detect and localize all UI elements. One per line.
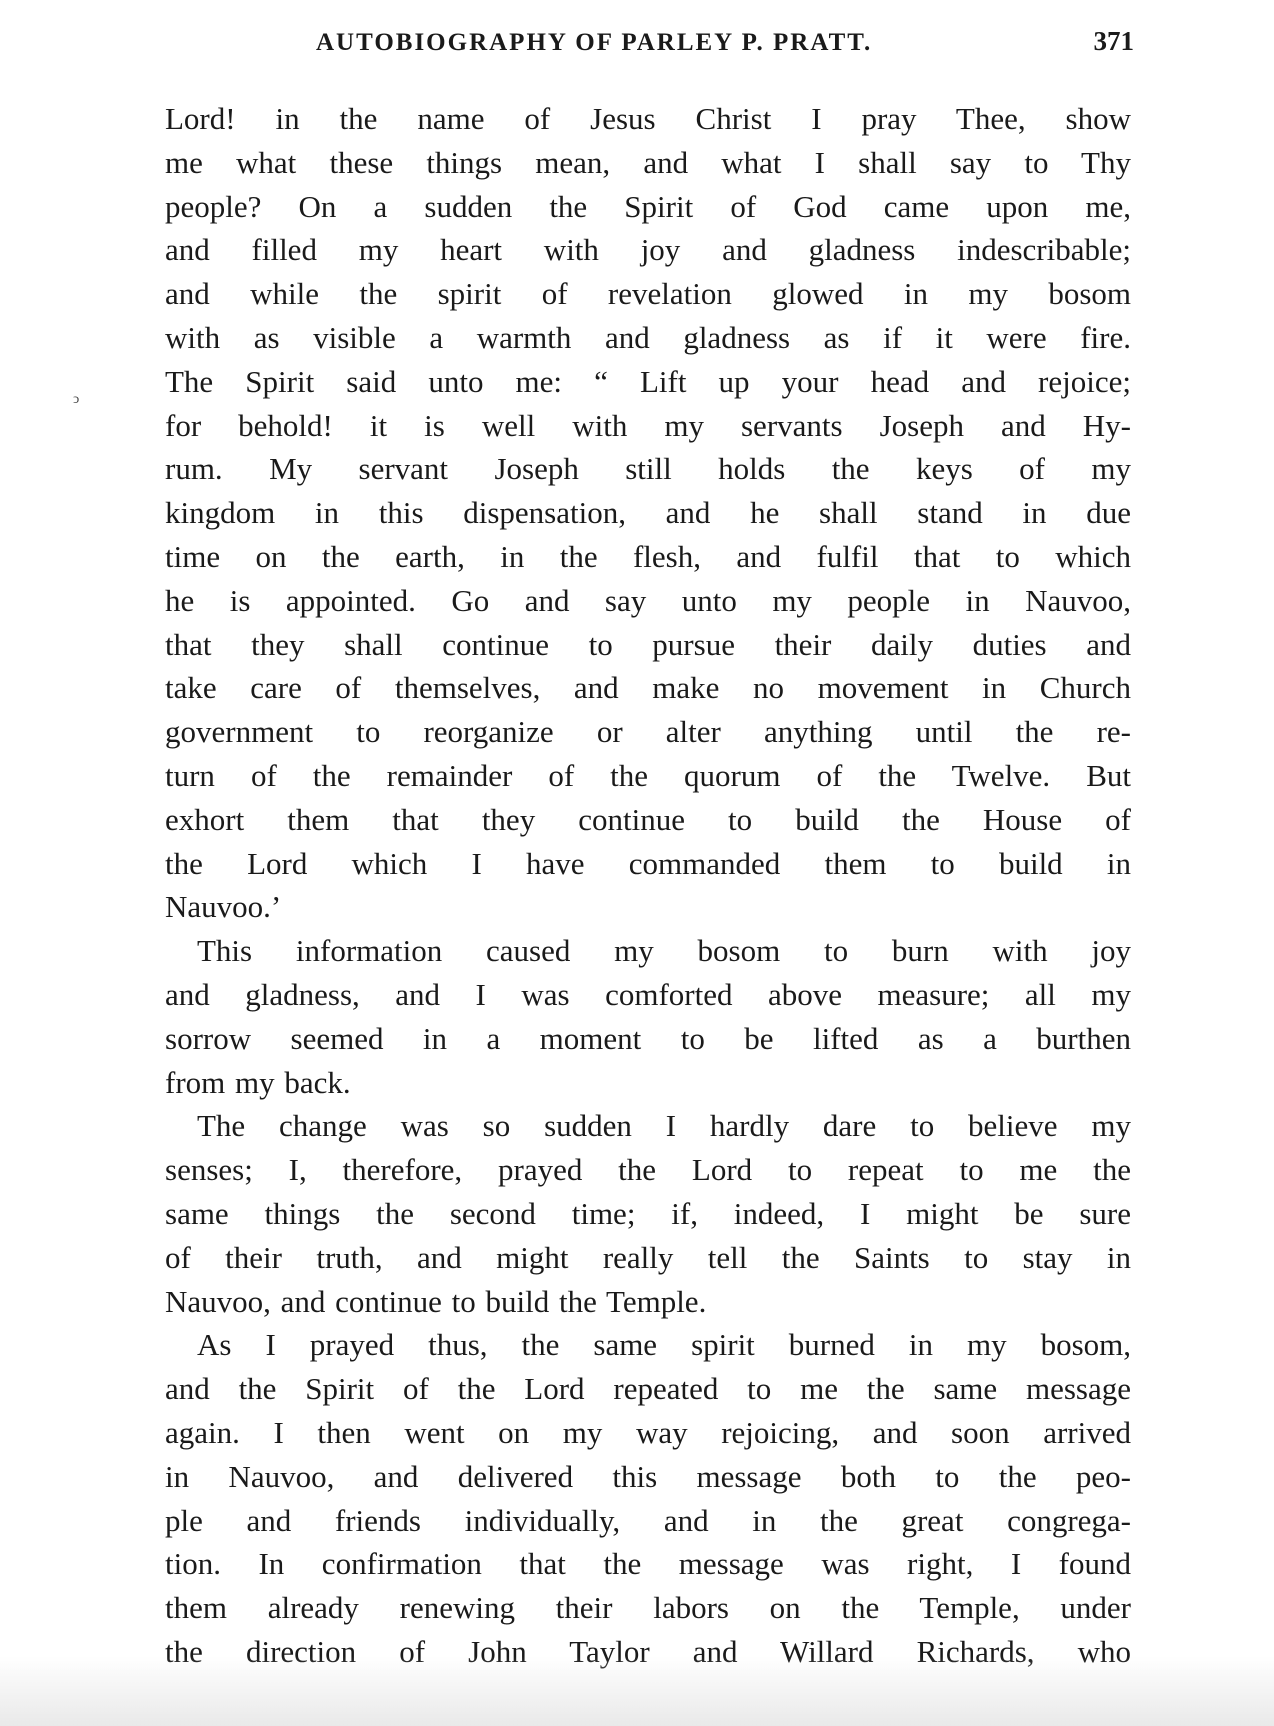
- text-line: of their truth, and might really tell th…: [165, 1236, 1131, 1280]
- text-line: This information caused my bosom to burn…: [165, 929, 1131, 973]
- text-line: As I prayed thus, the same spirit burned…: [165, 1323, 1131, 1367]
- text-line: senses; I, therefore, prayed the Lord to…: [165, 1148, 1131, 1192]
- text-line: tion. In confirmation that the message w…: [165, 1542, 1131, 1586]
- margin-mark: ↄ: [73, 392, 79, 408]
- book-page: AUTOBIOGRAPHY OF PARLEY P. PRATT. 371 ↄ …: [0, 0, 1274, 1726]
- text-line: and the Spirit of the Lord repeated to m…: [165, 1367, 1131, 1411]
- text-line: same things the second time; if, indeed,…: [165, 1192, 1131, 1236]
- text-line: Nauvoo.’: [165, 885, 1131, 929]
- text-line: and gladness, and I was comforted above …: [165, 973, 1131, 1017]
- text-line: and while the spirit of revelation glowe…: [165, 272, 1131, 316]
- text-line: turn of the remainder of the quorum of t…: [165, 754, 1131, 798]
- text-line: ple and friends individually, and in the…: [165, 1499, 1131, 1543]
- text-line: people? On a sudden the Spirit of God ca…: [165, 185, 1131, 229]
- text-line: he is appointed. Go and say unto my peop…: [165, 579, 1131, 623]
- text-line: for behold! it is well with my servants …: [165, 404, 1131, 448]
- text-line: take care of themselves, and make no mov…: [165, 666, 1131, 710]
- running-header: AUTOBIOGRAPHY OF PARLEY P. PRATT. 371: [316, 26, 1134, 57]
- text-line: The Spirit said unto me: “ Lift up your …: [165, 360, 1131, 404]
- text-line: in Nauvoo, and delivered this message bo…: [165, 1455, 1131, 1499]
- text-line: again. I then went on my way rejoicing, …: [165, 1411, 1131, 1455]
- text-line: The change was so sudden I hardly dare t…: [165, 1104, 1131, 1148]
- text-line: Lord! in the name of Jesus Christ I pray…: [165, 97, 1131, 141]
- text-line: rum. My servant Joseph still holds the k…: [165, 447, 1131, 491]
- text-line: with as visible a warmth and gladness as…: [165, 316, 1131, 360]
- text-line: and filled my heart with joy and gladnes…: [165, 228, 1131, 272]
- running-title: AUTOBIOGRAPHY OF PARLEY P. PRATT.: [316, 29, 872, 57]
- text-line: the Lord which I have commanded them to …: [165, 842, 1131, 886]
- text-line: exhort them that they continue to build …: [165, 798, 1131, 842]
- body-text: Lord! in the name of Jesus Christ I pray…: [165, 97, 1131, 1674]
- text-line: me what these things mean, and what I sh…: [165, 141, 1131, 185]
- text-line: time on the earth, in the flesh, and ful…: [165, 535, 1131, 579]
- text-line: that they shall continue to pursue their…: [165, 623, 1131, 667]
- text-line: them already renewing their labors on th…: [165, 1586, 1131, 1630]
- text-line: government to reorganize or alter anythi…: [165, 710, 1131, 754]
- text-line: sorrow seemed in a moment to be lifted a…: [165, 1017, 1131, 1061]
- text-line: from my back.: [165, 1061, 1131, 1105]
- text-line: kingdom in this dispensation, and he sha…: [165, 491, 1131, 535]
- page-number: 371: [1094, 26, 1135, 57]
- text-line: Nauvoo, and continue to build the Temple…: [165, 1280, 1131, 1324]
- bottom-shadow: [0, 1656, 1274, 1726]
